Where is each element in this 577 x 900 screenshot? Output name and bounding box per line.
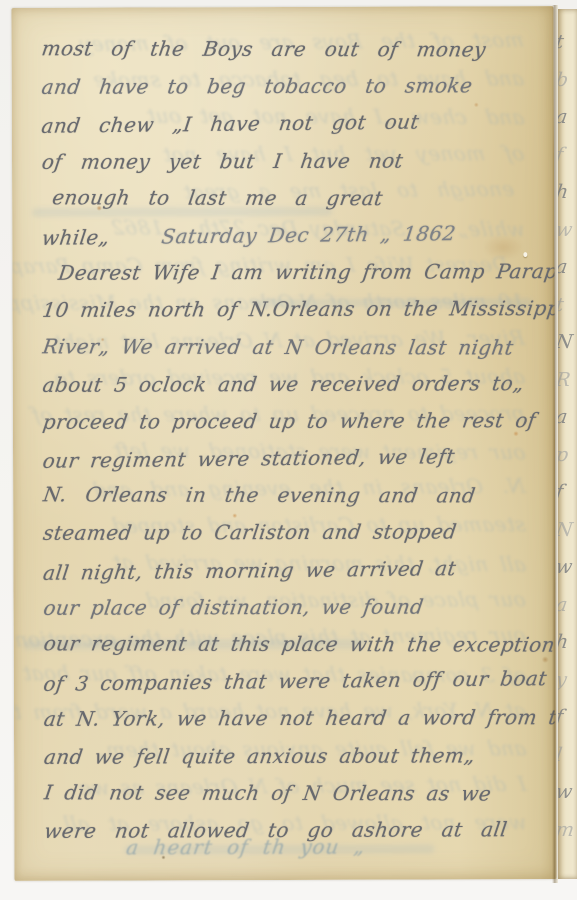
letter-line: and we fell quite anxious about them„ bbox=[42, 737, 551, 776]
letter-line: River„ We arrived at N Orleans last nigh… bbox=[40, 328, 549, 367]
edge-fragment-glyph: t bbox=[558, 294, 565, 316]
letter-text: most of the Boys are out of money and ha… bbox=[42, 30, 549, 850]
letter-line: our regiment at this place with the exce… bbox=[41, 625, 550, 664]
edge-fragment-glyph: a bbox=[558, 256, 569, 278]
letter-line: 10 miles north of N.Orleans on the Missi… bbox=[40, 290, 549, 329]
edge-fragment-glyph: f bbox=[558, 706, 565, 728]
letter-line: Dearest Wife I am writing from Camp Para… bbox=[56, 253, 549, 292]
edge-fragment-glyph: h bbox=[558, 181, 570, 203]
edge-fragment-glyph: w bbox=[558, 219, 574, 241]
edge-fragment-glyph: p bbox=[558, 444, 570, 466]
letter-line: all night, this morning we arrived at bbox=[41, 549, 550, 592]
edge-fragment-glyph: t bbox=[558, 31, 565, 53]
letter-line: steamed up to Carliston and stopped bbox=[41, 514, 550, 553]
letter-line: N. Orleans in the evening and and bbox=[41, 477, 550, 516]
edge-fragment-glyph: R bbox=[558, 369, 572, 391]
edge-fragment-glyph: a bbox=[558, 106, 569, 128]
next-page-sliver: tbafhwatNRapfNwahyflwm bbox=[558, 9, 577, 879]
edge-fragment-glyph: l bbox=[558, 744, 564, 766]
letter-line: while„ bbox=[41, 225, 112, 250]
edge-fragment-glyph: h bbox=[558, 631, 570, 653]
letter-line: and chew „I have not got out bbox=[39, 102, 548, 145]
edge-fragment-glyph: a bbox=[558, 406, 569, 428]
edge-fragment-glyph: N bbox=[558, 331, 574, 353]
edge-fragment-glyph: w bbox=[558, 781, 574, 803]
letter-line: our place of distination, we found bbox=[41, 588, 550, 627]
letter-line: were not allowed to go ashore at all bbox=[42, 811, 551, 850]
edge-fragment-glyph: f bbox=[558, 481, 565, 503]
letter-line: enough to last me a great bbox=[50, 179, 549, 218]
edge-fragment-glyph: b bbox=[558, 69, 570, 91]
edge-fragment-glyph: a bbox=[558, 594, 569, 616]
letter-line: of money yet but I have not bbox=[39, 142, 548, 181]
edge-fragment-glyph: N bbox=[558, 519, 574, 541]
letter-page: most of the Boys are out of money and ha… bbox=[11, 6, 556, 881]
letter-line: most of the Boys are out of money bbox=[39, 30, 548, 69]
dateline: Saturday Dec 27th „ 1862 bbox=[160, 221, 457, 248]
letter-line: our regiment were stationed, we left bbox=[40, 437, 549, 480]
letter-line-dateline: while„Saturday Dec 27th „ 1862 bbox=[40, 214, 549, 257]
letter-line: at N. York, we have not heard a word fro… bbox=[41, 699, 550, 738]
letter-line: I did not see much of N Orleans as we bbox=[42, 774, 551, 813]
edge-fragment-glyph: w bbox=[558, 556, 574, 578]
edge-fragment-glyph: m bbox=[558, 819, 576, 841]
letter-line: of 3 companies that were taken off our b… bbox=[41, 660, 550, 703]
paper-hole-speck bbox=[523, 252, 527, 257]
letter-line: proceed to proceed up to where the rest … bbox=[40, 402, 549, 441]
edge-fragment-glyph: f bbox=[558, 144, 565, 166]
edge-fragment-glyph: y bbox=[558, 669, 568, 691]
letter-line: about 5 oclock and we received orders to… bbox=[40, 365, 549, 404]
scanner-background: most of the Boys are out of money and ha… bbox=[0, 0, 577, 900]
letter-line: and have to beg tobacco to smoke bbox=[39, 67, 548, 106]
